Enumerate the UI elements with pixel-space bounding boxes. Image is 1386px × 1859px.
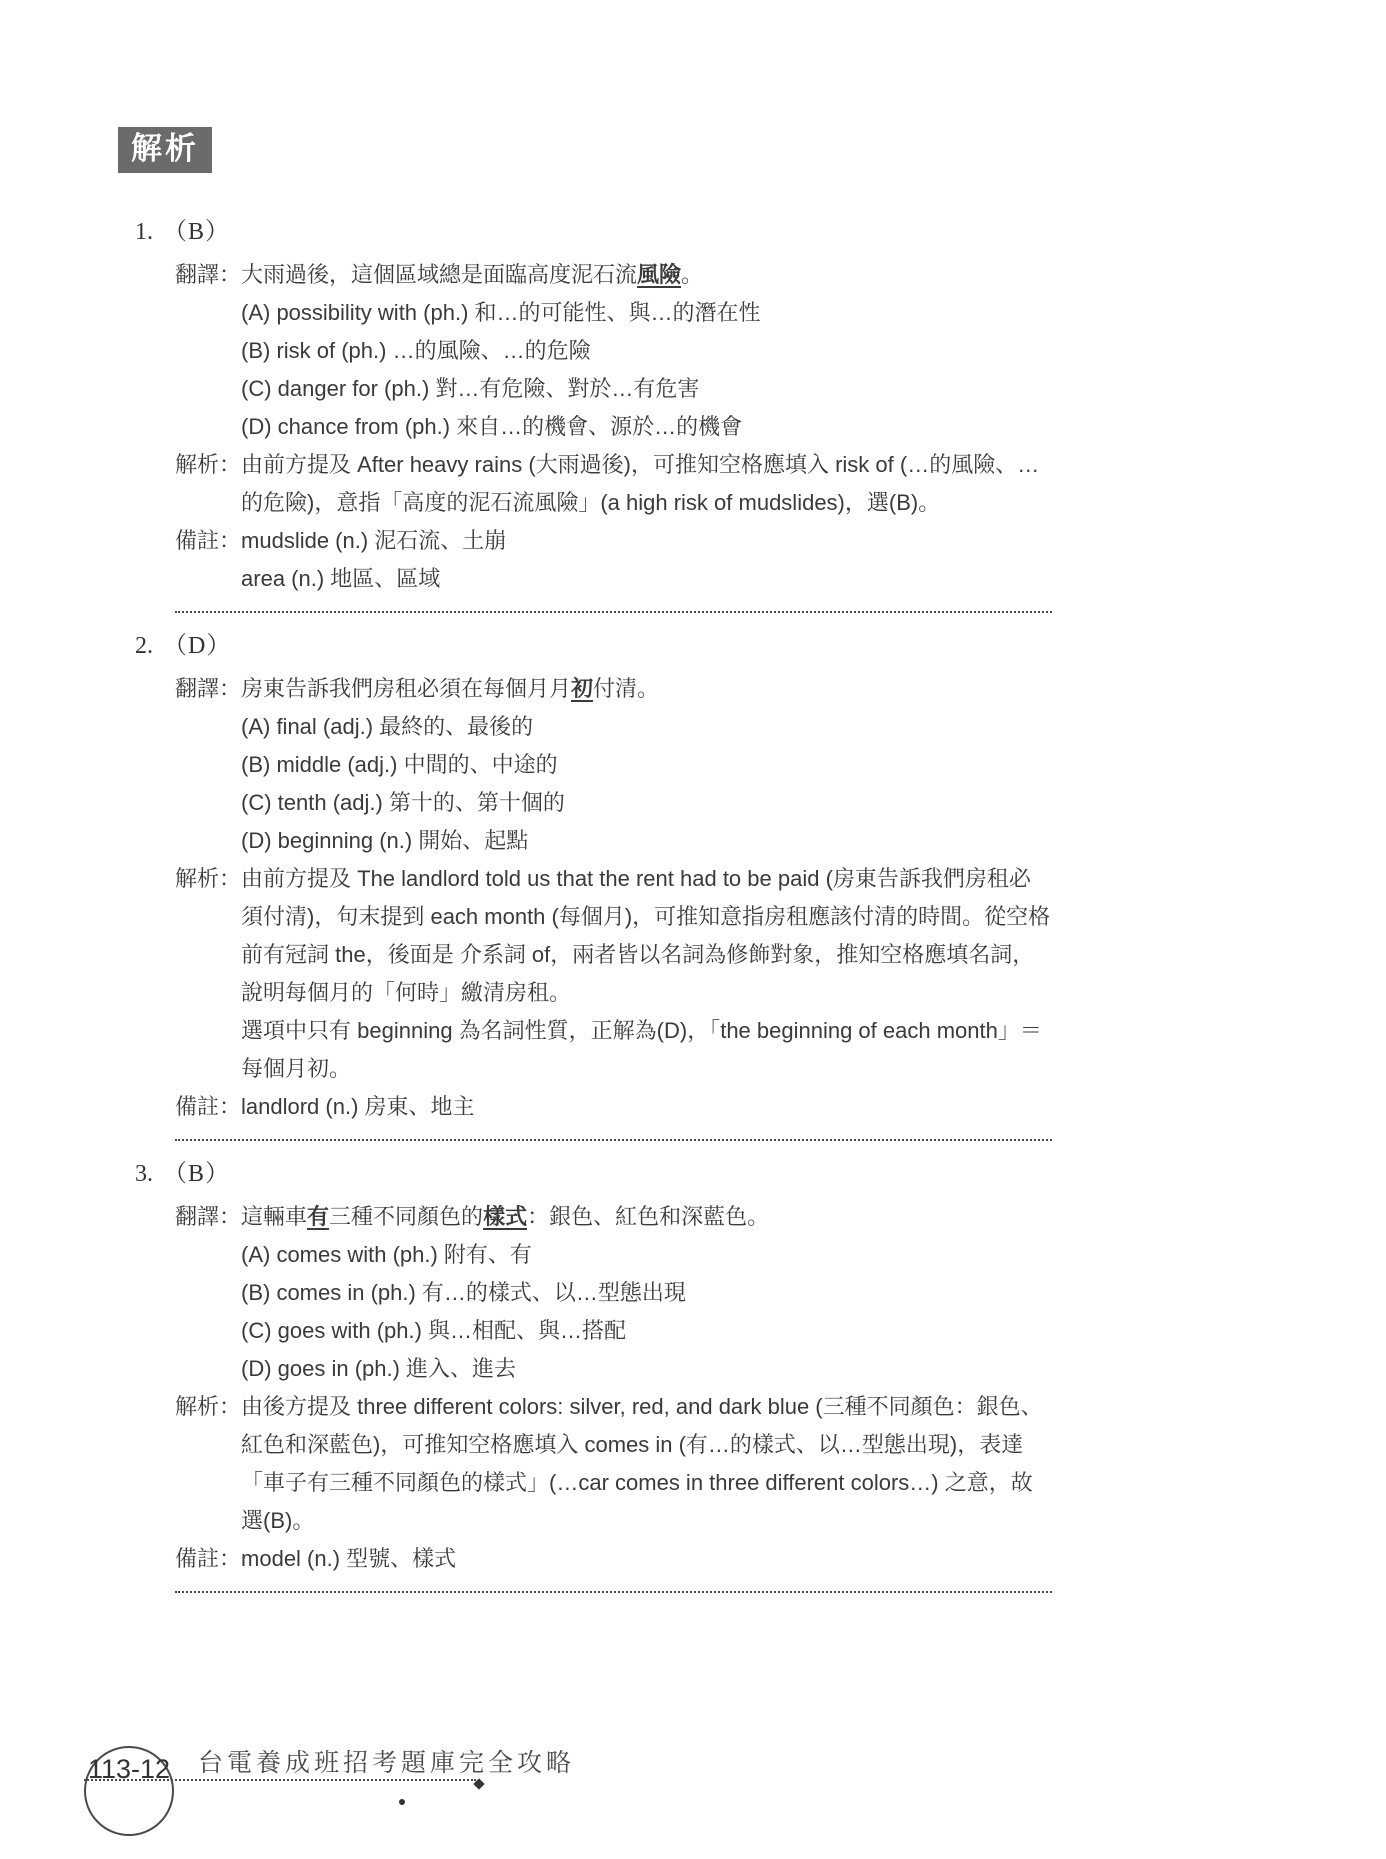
- dotted-divider: [175, 1591, 1052, 1593]
- notes-row: 備註： model (n.) 型號、樣式: [135, 1540, 1052, 1578]
- dotted-divider: [175, 611, 1052, 613]
- note-line: model (n.) 型號、樣式: [241, 1540, 1052, 1578]
- question-number: 3.: [135, 1161, 153, 1187]
- analysis-label: 解析：: [175, 1388, 241, 1426]
- analysis-row: 解析： 由前方提及 After heavy rains (大雨過後)，可推知空格…: [135, 446, 1052, 522]
- note-line: area (n.) 地區、區域: [241, 560, 1052, 598]
- question-number: 1.: [135, 219, 153, 245]
- question-number: 2.: [135, 633, 153, 659]
- question-header: 1. （B）: [135, 212, 1052, 252]
- notes-label: 備註：: [175, 1088, 241, 1126]
- notes-row: 備註： mudslide (n.) 泥石流、土崩area (n.) 地區、區域: [135, 522, 1052, 598]
- text-run: 大雨過後，這個區域總是面臨高度泥石流: [241, 262, 637, 287]
- text-run: 。: [681, 262, 703, 287]
- option-line: (D) beginning (n.) 開始、起點: [241, 822, 1052, 860]
- option-line: (C) goes with (ph.) 與…相配、與…搭配: [241, 1312, 1052, 1350]
- analysis-label: 解析：: [175, 446, 241, 484]
- book-title: 台電養成班招考題庫完全攻略: [198, 1748, 575, 1778]
- notes-label: 備註：: [175, 1540, 241, 1578]
- option-line: (B) risk of (ph.) …的風險、…的危險: [241, 332, 1052, 370]
- option-line: (D) goes in (ph.) 進入、進去: [241, 1350, 1052, 1388]
- text-run: 三種不同顏色的: [329, 1204, 483, 1229]
- option-line: (B) middle (adj.) 中間的、中途的: [241, 746, 1052, 784]
- emphasized-term: 風險: [637, 262, 681, 287]
- note-line: mudslide (n.) 泥石流、土崩: [241, 522, 1052, 560]
- page-content: 1. （B） 翻譯： 大雨過後，這個區域總是面臨高度泥石流風險。 (A) pos…: [135, 212, 1052, 1606]
- question-answer: （B）: [163, 1161, 230, 1187]
- option-line: (A) comes with (ph.) 附有、有: [241, 1236, 1052, 1274]
- page-number: 113-12: [86, 1754, 172, 1785]
- dotted-divider: [175, 1139, 1052, 1141]
- question-block: 2. （D） 翻譯： 房東告訴我們房租必須在每個月月初付清。 (A) final…: [135, 626, 1052, 1141]
- analysis-paragraph: 由前方提及 After heavy rains (大雨過後)，可推知空格應填入 …: [241, 446, 1052, 522]
- text-run: 這輛車: [241, 1204, 307, 1229]
- analysis-text: 由前方提及 After heavy rains (大雨過後)，可推知空格應填入 …: [241, 446, 1052, 522]
- translation-row: 翻譯： 大雨過後，這個區域總是面臨高度泥石流風險。: [135, 256, 1052, 294]
- emphasized-term: 初: [571, 676, 593, 701]
- option-line: (C) tenth (adj.) 第十的、第十個的: [241, 784, 1052, 822]
- option-line: (B) comes in (ph.) 有…的樣式、以…型態出現: [241, 1274, 1052, 1312]
- options-list: (A) possibility with (ph.) 和…的可能性、與…的潛在性…: [241, 294, 1052, 446]
- question-answer: （B）: [163, 219, 230, 245]
- page-number-circle: 113-12: [84, 1746, 174, 1836]
- emphasized-term: 樣式: [483, 1204, 527, 1229]
- option-line: (A) final (adj.) 最終的、最後的: [241, 708, 1052, 746]
- question-header: 2. （D）: [135, 626, 1052, 666]
- options-list: (A) comes with (ph.) 附有、有(B) comes in (p…: [241, 1236, 1052, 1388]
- option-line: (C) danger for (ph.) 對…有危險、對於…有危害: [241, 370, 1052, 408]
- analysis-text: 由前方提及 The landlord told us that the rent…: [241, 860, 1052, 1088]
- analysis-paragraph: 選項中只有 beginning 為名詞性質，正解為(D)，「the beginn…: [241, 1012, 1052, 1088]
- notes-text: landlord (n.) 房東、地主: [241, 1088, 1052, 1126]
- emphasized-term: 有: [307, 1204, 329, 1229]
- question-answer: （D）: [163, 633, 231, 659]
- analysis-label: 解析：: [175, 860, 241, 898]
- translation-text: 大雨過後，這個區域總是面臨高度泥石流風險。: [241, 256, 1052, 294]
- question-header: 3. （B）: [135, 1154, 1052, 1194]
- translation-text: 這輛車有三種不同顏色的樣式：銀色、紅色和深藍色。: [241, 1198, 1052, 1236]
- book-page: 解析 1. （B） 翻譯： 大雨過後，這個區域總是面臨高度泥石流風險。 (A) …: [0, 0, 1386, 1859]
- text-run: ：銀色、紅色和深藍色。: [527, 1204, 769, 1229]
- option-line: (A) possibility with (ph.) 和…的可能性、與…的潛在性: [241, 294, 1052, 332]
- analysis-paragraph: 由後方提及 three different colors: silver, re…: [241, 1388, 1052, 1540]
- options-list: (A) final (adj.) 最終的、最後的(B) middle (adj.…: [241, 708, 1052, 860]
- translation-label: 翻譯：: [175, 670, 241, 708]
- note-line: landlord (n.) 房東、地主: [241, 1088, 1052, 1126]
- option-line: (D) chance from (ph.) 來自…的機會、源於…的機會: [241, 408, 1052, 446]
- translation-row: 翻譯： 房東告訴我們房租必須在每個月月初付清。: [135, 670, 1052, 708]
- notes-text: mudslide (n.) 泥石流、土崩area (n.) 地區、區域: [241, 522, 1052, 598]
- text-run: 付清。: [593, 676, 659, 701]
- analysis-paragraph: 由前方提及 The landlord told us that the rent…: [241, 860, 1052, 1012]
- translation-label: 翻譯：: [175, 1198, 241, 1236]
- question-block: 3. （B） 翻譯： 這輛車有三種不同顏色的樣式：銀色、紅色和深藍色。 (A) …: [135, 1154, 1052, 1593]
- question-block: 1. （B） 翻譯： 大雨過後，這個區域總是面臨高度泥石流風險。 (A) pos…: [135, 212, 1052, 613]
- notes-row: 備註： landlord (n.) 房東、地主: [135, 1088, 1052, 1126]
- translation-row: 翻譯： 這輛車有三種不同顏色的樣式：銀色、紅色和深藍色。: [135, 1198, 1052, 1236]
- notes-label: 備註：: [175, 522, 241, 560]
- notes-text: model (n.) 型號、樣式: [241, 1540, 1052, 1578]
- analysis-row: 解析： 由前方提及 The landlord told us that the …: [135, 860, 1052, 1088]
- translation-text: 房東告訴我們房租必須在每個月月初付清。: [241, 670, 1052, 708]
- footer-dot-icon: [399, 1799, 405, 1805]
- analysis-text: 由後方提及 three different colors: silver, re…: [241, 1388, 1052, 1540]
- section-badge: 解析: [118, 127, 212, 173]
- translation-label: 翻譯：: [175, 256, 241, 294]
- analysis-row: 解析： 由後方提及 three different colors: silver…: [135, 1388, 1052, 1540]
- text-run: 房東告訴我們房租必須在每個月月: [241, 676, 571, 701]
